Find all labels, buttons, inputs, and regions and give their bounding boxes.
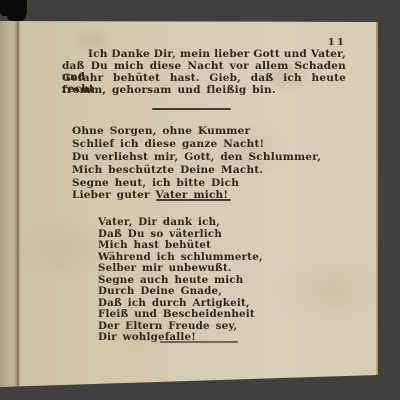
poem-line: Du verliehst mir, Gott, den Schlummer,: [72, 152, 321, 163]
book-page: 11 Ich Danke Dir, mein lieber Gott und V…: [0, 0, 400, 400]
poem-line: Fleiß und Bescheidenheit: [98, 309, 255, 320]
poem-line: Durch Deine Gnade,: [98, 286, 222, 297]
poem-line: Ohne Sorgen, ohne Kummer: [72, 126, 250, 137]
page-number: 11: [328, 37, 346, 48]
poem-line: Segne heut, ich bitte Dich: [72, 178, 239, 189]
gutter-crease: [17, 21, 19, 387]
page-edge-highlight: [376, 22, 378, 375]
poem-line: Segne auch heute mich: [98, 275, 244, 286]
paragraph-line: fromm, gehorsam und fleißig bin.: [62, 85, 276, 96]
poem-line: Daß Du so väterlich: [98, 229, 222, 240]
section-divider: [160, 341, 238, 343]
poem-line: Schlief ich diese ganze Nacht!: [72, 139, 264, 150]
poem-line: Der Eltern Freude sey,: [98, 321, 237, 332]
paragraph-line: Ich Danke Dir, mein lieber Gott und Vate…: [88, 49, 346, 60]
poem-line: Vater, Dir dank ich,: [98, 217, 220, 228]
poem-line: Mich hast behütet: [98, 240, 211, 251]
poem-line: Selber mir unbewußt.: [98, 263, 232, 274]
poem-line: Daß ich durch Artigkeit,: [98, 298, 250, 309]
section-divider: [152, 108, 231, 110]
scan-background: 11 Ich Danke Dir, mein lieber Gott und V…: [0, 0, 400, 400]
book-binding-tab: [7, 0, 26, 21]
section-divider: [156, 199, 231, 201]
poem-line: Während ich schlummerte,: [98, 252, 263, 263]
poem-line: Mich beschützte Deine Macht.: [72, 165, 263, 176]
